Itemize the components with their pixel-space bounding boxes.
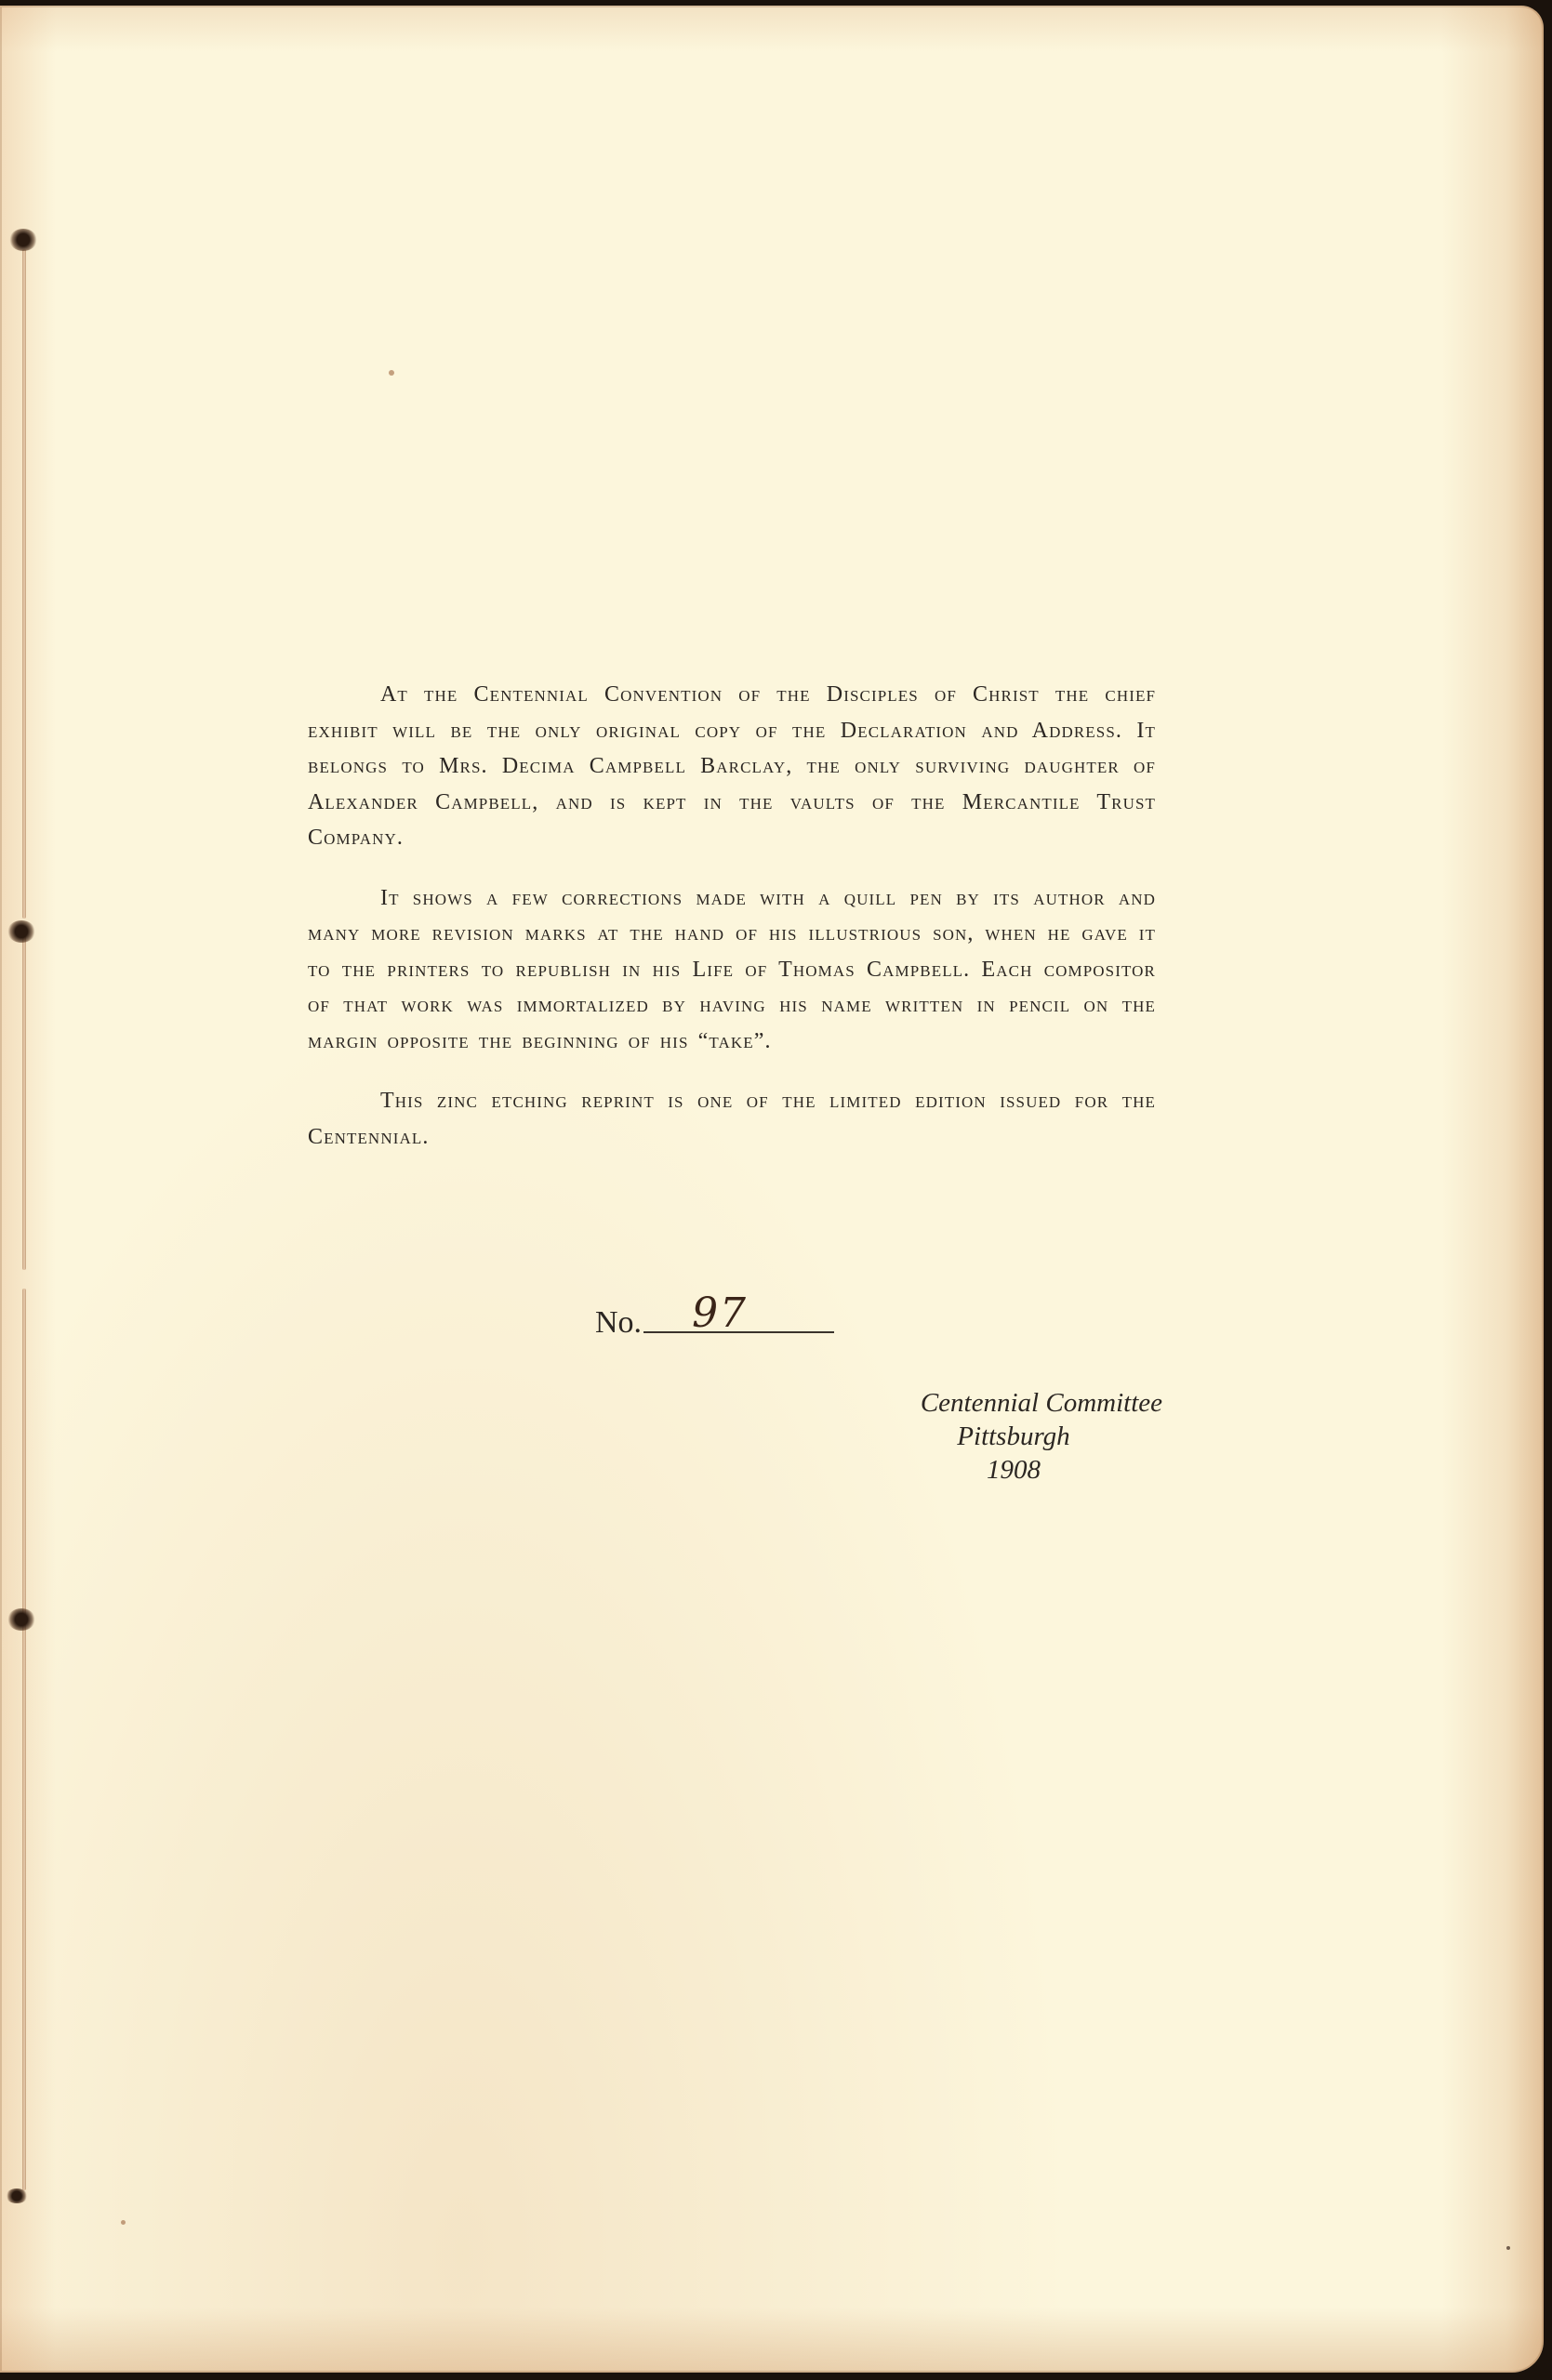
signature-committee: Centennial Committee <box>865 1386 1162 1420</box>
foxing-speck <box>389 370 394 376</box>
handwritten-number: 97 <box>692 1289 748 1337</box>
scanned-page: At the Centennial Convention of the Disc… <box>0 0 1552 2380</box>
edition-number: No. 97 <box>595 1303 834 1341</box>
number-label: No. <box>595 1305 642 1341</box>
binding-thread <box>22 249 26 919</box>
stitch-hole-icon <box>9 229 37 251</box>
paragraph-corrections: It shows a few corrections made with a q… <box>308 880 1156 1060</box>
binding-thread <box>22 1289 26 2190</box>
foxing-speck <box>1506 2246 1510 2250</box>
paragraph-convention: At the Centennial Convention of the Disc… <box>308 677 1156 856</box>
signature-year: 1908 <box>865 1453 1162 1487</box>
binding-thread <box>22 935 26 1270</box>
stitch-hole-icon <box>6 2188 28 2203</box>
stitch-hole-icon <box>7 1608 35 1631</box>
signature-city: Pittsburgh <box>865 1420 1162 1453</box>
stitch-hole-icon <box>7 920 35 943</box>
body-text: At the Centennial Convention of the Disc… <box>308 677 1156 1155</box>
number-underline: 97 <box>643 1303 834 1333</box>
signature-block: Centennial Committee Pittsburgh 1908 <box>865 1386 1162 1487</box>
paragraph-edition: This zinc etching reprint is one of the … <box>308 1083 1156 1155</box>
foxing-speck <box>121 2220 126 2225</box>
paper-sheet: At the Centennial Convention of the Disc… <box>0 6 1544 2373</box>
